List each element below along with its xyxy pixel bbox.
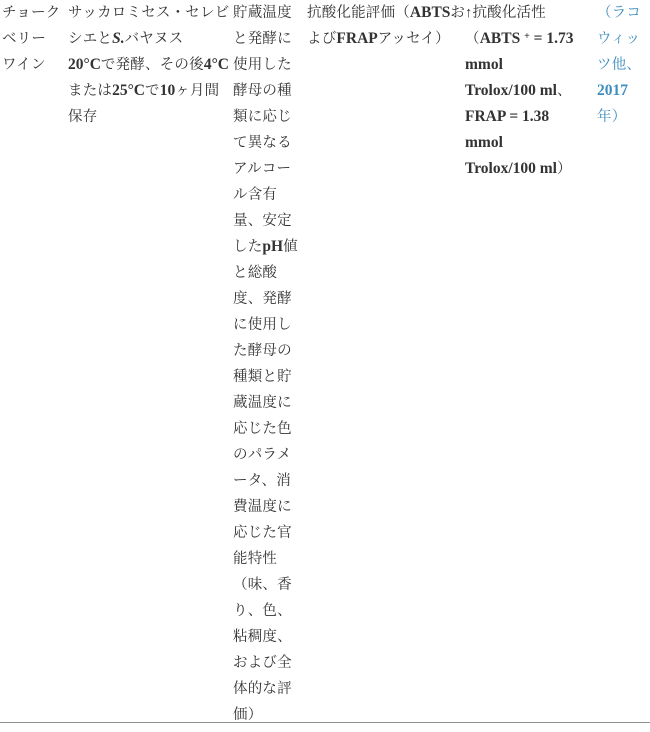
citation-link[interactable]: （ラコ ウィッ ツ他、 2017 年）: [597, 0, 641, 130]
row-divider: [0, 722, 650, 723]
cell-antioxidant-results: ↑抗酸化活性 （ABTS + = 1.73 mmol Trolox/100 ml…: [465, 0, 574, 182]
paper-table-row: チョーク ベリー ワイン サッカロミセス・セレビ シエとS.バヤヌス 20°Cで…: [0, 0, 650, 732]
cell-characteristics: 貯蔵温度 と発酵に 使用した 酵母の種 類に応じ て異なる アルコー ル含有 量…: [233, 0, 298, 728]
cell-antioxidant-assay: 抗酸化能評価（ABTSお よびFRAPアッセイ）: [307, 0, 465, 52]
cell-fermentation-conditions: サッカロミセス・セレビ シエとS.バヤヌス 20°Cで発酵、その後4°C または…: [68, 0, 229, 130]
cell-wine-name: チョーク ベリー ワイン: [2, 0, 60, 78]
